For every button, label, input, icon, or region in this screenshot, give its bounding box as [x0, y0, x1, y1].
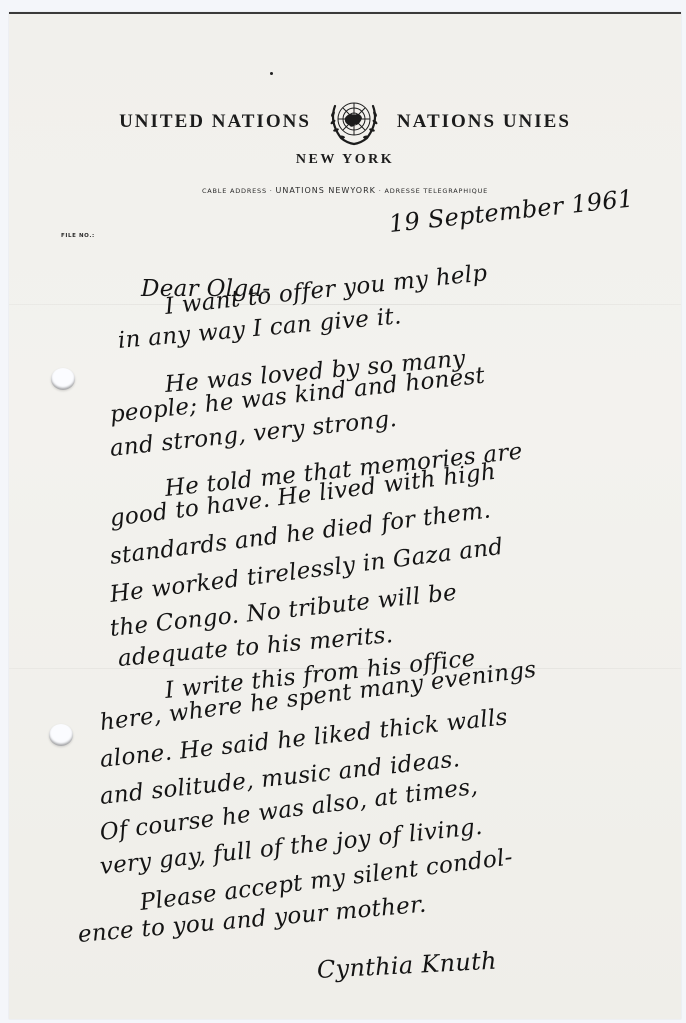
ink-dot: [270, 72, 273, 75]
letter-page: UNITED NATIONS: [9, 12, 681, 1019]
letter-line: in any way I can give it.: [117, 303, 403, 354]
org-name-english: UNITED NATIONS: [119, 111, 311, 133]
separator: ·: [379, 187, 382, 195]
separator: ·: [270, 187, 273, 195]
cable-address-label-french: ADRESSE TELEGRAPHIQUE: [385, 187, 489, 195]
paper-fold-line: [9, 304, 681, 305]
letterhead: UNITED NATIONS: [9, 96, 681, 148]
org-name-french: NATIONS UNIES: [397, 111, 571, 133]
file-number-label: FILE NO.:: [61, 233, 95, 239]
cable-address-label: CABLE ADDRESS: [202, 187, 267, 195]
punch-hole: [49, 724, 73, 746]
letterhead-city: NEW YORK: [9, 152, 681, 168]
signature: Cynthia Knuth: [316, 947, 497, 984]
cable-address-value: UNATIONS NEWYORK: [276, 186, 376, 195]
punch-hole: [51, 368, 75, 390]
un-emblem-icon: [325, 96, 383, 148]
